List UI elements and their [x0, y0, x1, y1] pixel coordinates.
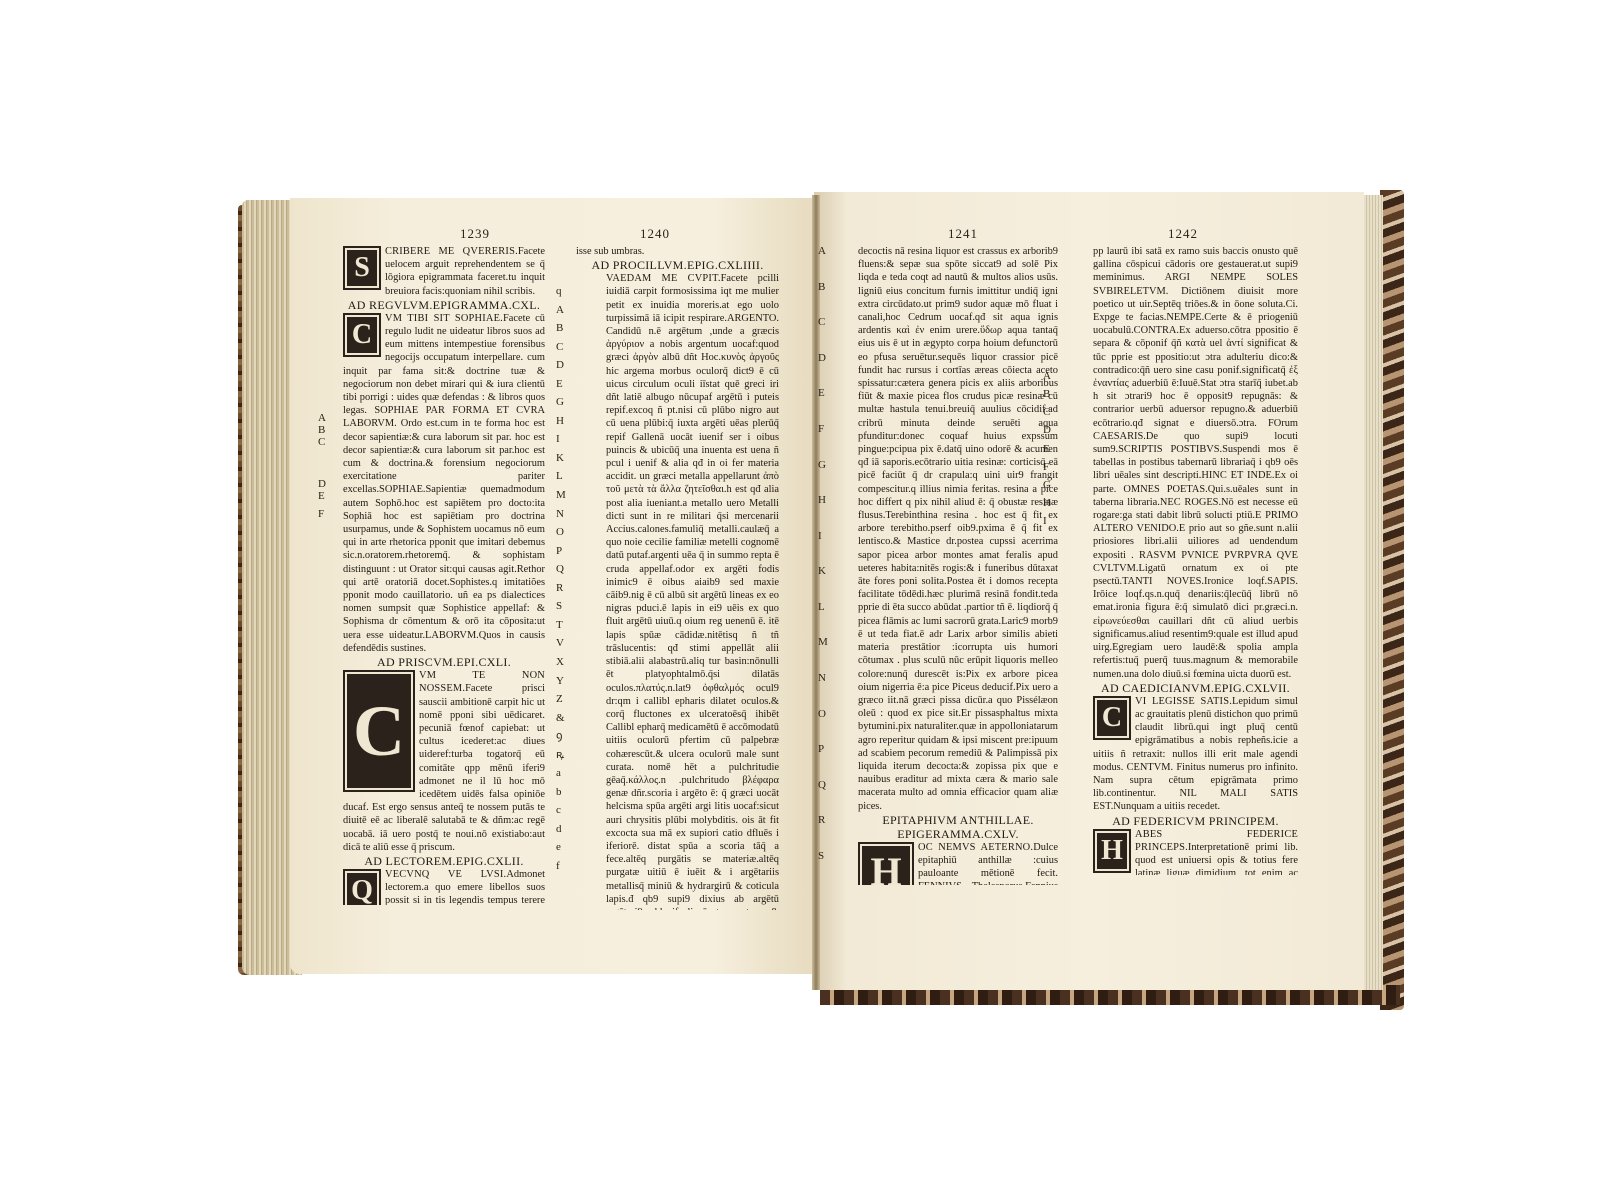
commentary-paragraph: CVM TIBI SIT SOPHIAE.Facete cū regulo lu…: [343, 312, 545, 655]
margin-letter: Q: [556, 563, 564, 576]
margin-letter: N: [818, 672, 826, 685]
margin-letter: q: [556, 285, 562, 298]
epigram-heading: EPIGERAMMA.CXLV.: [858, 827, 1058, 841]
margin-letter: &: [556, 712, 565, 725]
woodcut-initial-icon: S: [343, 246, 381, 290]
margin-letter: P: [556, 545, 562, 558]
commentary-paragraph: pp laurū ibi satā ex ramo suis baccis on…: [1093, 245, 1298, 681]
margin-letter: c: [556, 804, 561, 817]
margin-letter: G: [556, 396, 564, 409]
page-number-1239: 1239: [460, 226, 490, 242]
woodcut-initial-icon: C: [343, 313, 381, 357]
margin-letter: B: [818, 281, 825, 294]
commentary-text: decoctis nā resina liquor est crassus ex…: [858, 246, 1058, 812]
margin-letter: I: [556, 433, 560, 446]
margin-letter: R: [818, 814, 825, 827]
commentary-paragraph: CVI LEGISSE SATIS.Lepidum simul ac graui…: [1093, 695, 1298, 814]
margin-letter: C: [318, 436, 325, 449]
margin-letter: O: [818, 708, 826, 721]
page-number-1241: 1241: [948, 226, 978, 242]
epigram-heading: EPITAPHIVM ANTHILLAE.: [858, 813, 1058, 827]
text-column-1240: isse sub umbras.AD PROCILLVM.EPIG.CXLIII…: [576, 245, 779, 910]
commentary-paragraph: isse sub umbras.: [576, 245, 779, 258]
woodcut-initial-icon: C: [343, 670, 415, 792]
margin-letter: E: [318, 490, 325, 503]
lemma: VAEDAM ME CVPIT.: [606, 273, 721, 284]
margin-letter: a: [556, 767, 561, 780]
commentary-paragraph: SCRIBERE ME QVERERIS.Facete uelocem argu…: [343, 245, 545, 298]
commentary-paragraph: CVM TE NON NOSSEM.Facete prisci sauscii …: [343, 669, 545, 854]
commentary-text: Facete pcilli iuidiā carpit formosissima…: [606, 273, 779, 910]
margin-letter: C: [818, 316, 825, 329]
margin-letter: S: [818, 850, 824, 863]
lemma: VECVNQ VE LVSI.: [385, 869, 506, 880]
epigram-heading: AD CAEDICIANVM.EPIG.CXLVII.: [1093, 681, 1298, 695]
margin-letter: H: [556, 415, 564, 428]
margin-letter: A: [818, 245, 826, 258]
lemma: OC NEMVS AETERNO.: [918, 842, 1033, 853]
margin-letter: G: [818, 459, 826, 472]
epigram-heading: AD REGVLVM.EPIGRAMMA.CXL.: [343, 298, 545, 312]
margin-letter: ꝯ: [556, 730, 562, 743]
woodcut-initial-icon: C: [1093, 696, 1131, 740]
margin-letter: X: [556, 656, 564, 669]
woodcut-initial-icon: Q: [343, 869, 381, 905]
margin-letter: Z: [556, 693, 563, 706]
margin-letter: E: [556, 378, 563, 391]
margin-letter: d: [556, 823, 562, 836]
margin-letter: f: [556, 860, 560, 873]
margin-letter: B: [556, 322, 563, 335]
page-number-1240: 1240: [640, 226, 670, 242]
commentary-paragraph: HABES FEDERICE PRINCEPS.Interpretationē …: [1093, 828, 1298, 875]
page-number-1242: 1242: [1168, 226, 1198, 242]
epigram-heading: AD LECTOREM.EPIG.CXLII.: [343, 854, 545, 868]
margin-letter: D: [556, 359, 564, 372]
woodcut-initial-icon: H: [1093, 829, 1131, 873]
margin-letter: F: [818, 423, 824, 436]
marbled-cover-right: [1380, 190, 1404, 1010]
margin-letter: V: [556, 637, 564, 650]
open-book-photo: 1239 1240 1241 1242 ABCDEF qABCDEGHIKLMN…: [0, 0, 1611, 1200]
lemma: VM TIBI SIT SOPHIAE.: [385, 313, 503, 324]
commentary-paragraph: decoctis nā resina liquor est crassus ex…: [858, 245, 1058, 813]
text-column-1241: decoctis nā resina liquor est crassus ex…: [858, 245, 1058, 885]
margin-letter: ꝶ: [556, 749, 564, 762]
margin-letter: b: [556, 786, 562, 799]
margin-letter: R: [556, 582, 563, 595]
commentary-paragraph: HOC NEMVS AETERNO.Dulce epitaphiū anthil…: [858, 841, 1058, 885]
margin-letter: E: [818, 387, 825, 400]
margin-letter: A: [556, 304, 564, 317]
margin-letter: T: [556, 619, 563, 632]
margin-letter: O: [556, 526, 564, 539]
woodcut-initial-icon: H: [858, 842, 914, 885]
lemma: CRIBERE ME QVERERIS.: [385, 246, 518, 257]
margin-letter: I: [818, 530, 822, 543]
margin-letter: K: [818, 565, 826, 578]
margin-letter: D: [818, 352, 826, 365]
margin-letter: P: [818, 743, 824, 756]
margin-letter: L: [818, 601, 825, 614]
margin-letter: e: [556, 841, 561, 854]
margin-letter: M: [818, 636, 828, 649]
commentary-paragraph: VAEDAM ME CVPIT.Facete pcilli iuidiā car…: [576, 272, 779, 910]
commentary-paragraph: QVECVNQ VE LVSI.Admonet lectorem.a quo e…: [343, 868, 545, 905]
commentary-text: isse sub umbras.: [576, 246, 644, 257]
lemma: VI LEGISSE SATIS.: [1135, 696, 1232, 707]
epigram-heading: AD PRISCVM.EPI.CXLI.: [343, 655, 545, 669]
margin-letter: F: [318, 508, 324, 521]
margin-letter: C: [556, 341, 563, 354]
margin-letter: Q: [818, 779, 826, 792]
epigram-heading: AD PROCILLVM.EPIG.CXLIIII.: [576, 258, 779, 272]
text-column-1239: SCRIBERE ME QVERERIS.Facete uelocem argu…: [343, 245, 545, 905]
margin-letter: K: [556, 452, 564, 465]
margin-letter: M: [556, 489, 566, 502]
book-gutter: [812, 195, 820, 990]
commentary-text: pp laurū ibi satā ex ramo suis baccis on…: [1093, 246, 1298, 680]
margin-letter: S: [556, 600, 562, 613]
commentary-text: Facete cū regulo ludit ne uideatur libro…: [343, 313, 545, 654]
margin-letter: Y: [556, 675, 564, 688]
epigram-heading: AD FEDERICVM PRINCIPEM.: [1093, 814, 1298, 828]
margin-letter: L: [556, 470, 563, 483]
margin-letter: H: [818, 494, 826, 507]
text-column-1242: pp laurū ibi satā ex ramo suis baccis on…: [1093, 245, 1298, 875]
margin-letter: N: [556, 508, 564, 521]
